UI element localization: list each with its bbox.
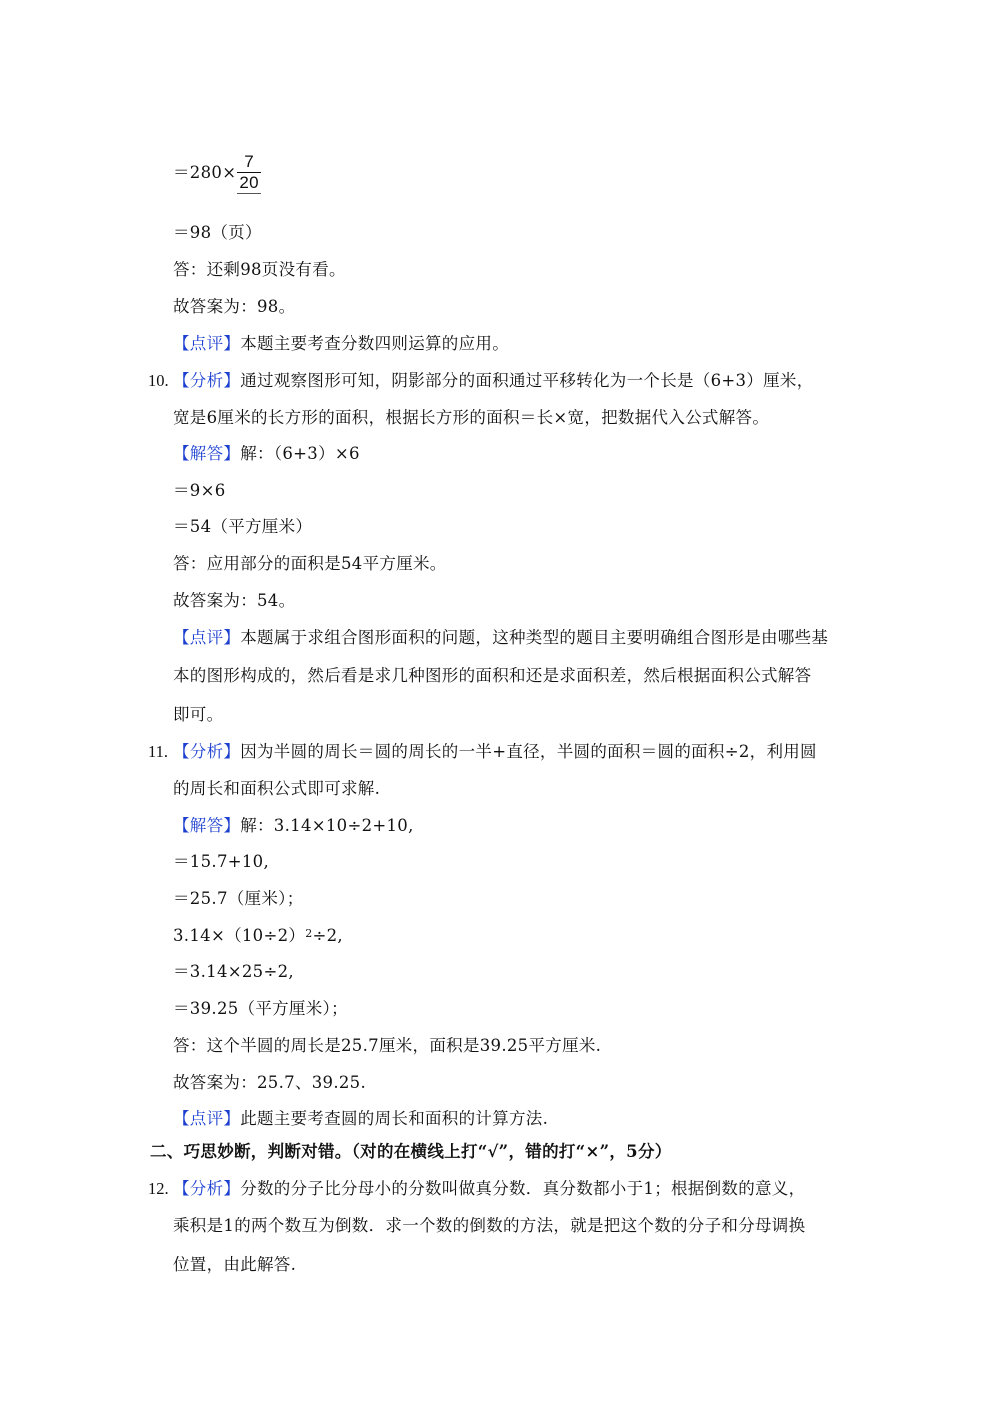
step3-rest: ÷2,: [313, 926, 343, 945]
q11-step-5: ＝39.25（平方厘米）；: [173, 998, 348, 1020]
fraction: 720: [237, 152, 261, 194]
q11-analysis-line1: 【分析】因为半圆的周长＝圆的周长的一半+直径，半圆的面积＝圆的面积÷2，利用圆: [173, 741, 817, 763]
analysis-tag: 【分析】: [173, 1179, 240, 1198]
q10-answer: 答：应用部分的面积是54平方厘米。: [173, 553, 447, 575]
q11-number: 11.: [148, 741, 168, 763]
section-heading: 二、巧思妙断，判断对错。（对的在横线上打“√”，错的打“×”，5分）: [150, 1141, 672, 1163]
exponent: 2: [305, 927, 312, 940]
step3-base: 3.14×（10÷2）: [173, 926, 305, 945]
q10-analysis-line1: 【分析】通过观察图形可知，阴影部分的面积通过平移转化为一个长是（6+3）厘米，: [173, 370, 814, 392]
q10-number: 10.: [148, 370, 169, 392]
q11-step-4: ＝3.14×25÷2,: [173, 961, 294, 983]
q9-final-answer: 故答案为：98。: [173, 296, 295, 318]
q12-analysis-line2: 乘积是1的两个数互为倒数．求一个数的倒数的方法，就是把这个数的分子和分母调换: [173, 1215, 805, 1237]
q11-final-answer: 故答案为：25.7、39.25.: [173, 1072, 366, 1094]
fraction-denominator: 20: [237, 172, 261, 194]
analysis-text: 因为半圆的周长＝圆的周长的一半+直径，半圆的面积＝圆的面积÷2，利用圆: [240, 742, 817, 761]
fraction-numerator: 7: [237, 152, 261, 172]
q10-review-line2: 本的图形构成的，然后看是求几种图形的面积和还是求面积差，然后根据面积公式解答: [173, 665, 811, 687]
q9-answer: 答：还剩98页没有看。: [173, 259, 346, 281]
q10-analysis-line2: 宽是6厘米的长方形的面积，根据长方形的面积＝长×宽，把数据代入公式解答。: [173, 407, 769, 429]
q12-number: 12.: [148, 1178, 169, 1200]
q11-answer: 答：这个半圆的周长是25.7厘米，面积是39.25平方厘米.: [173, 1035, 601, 1057]
q11-solution: 【解答】解：3.14×10÷2+10,: [173, 815, 414, 837]
q10-final-answer: 故答案为：54。: [173, 590, 295, 612]
q11-review: 【点评】此题主要考查圆的周长和面积的计算方法.: [173, 1108, 548, 1130]
q9-review: 【点评】本题主要考查分数四则运算的应用。: [173, 333, 509, 355]
q11-step-1: ＝15.7+10,: [173, 851, 269, 873]
q12-analysis-line3: 位置，由此解答.: [173, 1254, 296, 1276]
review-tag: 【点评】: [173, 1109, 240, 1128]
q9-fraction-step: ＝280×720: [173, 152, 261, 194]
q10-step-1: ＝9×6: [173, 480, 226, 502]
solution-text: 解：（6+3）×6: [240, 444, 360, 463]
q10-review-line1: 【点评】本题属于求组合图形面积的问题，这种类型的题目主要明确组合图形是由哪些基: [173, 627, 828, 649]
analysis-text: 分数的分子比分母小的分数叫做真分数．真分数都小于1；根据倒数的意义，: [240, 1179, 805, 1198]
q11-step-2: ＝25.7（厘米）；: [173, 888, 304, 910]
solution-text: 解：3.14×10÷2+10,: [240, 816, 413, 835]
q9-result-step: ＝98（页）: [173, 222, 262, 244]
analysis-tag: 【分析】: [173, 371, 240, 390]
solution-tag: 【解答】: [173, 444, 240, 463]
q10-review-line3: 即可。: [173, 704, 223, 726]
analysis-text: 通过观察图形可知，阴影部分的面积通过平移转化为一个长是（6+3）厘米，: [240, 371, 813, 390]
review-tag: 【点评】: [173, 334, 240, 353]
q11-analysis-line2: 的周长和面积公式即可求解.: [173, 778, 380, 800]
q10-solution: 【解答】解：（6+3）×6: [173, 443, 360, 465]
review-text: 此题主要考查圆的周长和面积的计算方法.: [240, 1109, 548, 1128]
solution-tag: 【解答】: [173, 816, 240, 835]
q9-step-prefix: ＝280×: [173, 163, 236, 182]
q10-step-2: ＝54（平方厘米）: [173, 516, 312, 538]
review-tag: 【点评】: [173, 628, 240, 647]
q12-analysis-line1: 【分析】分数的分子比分母小的分数叫做真分数．真分数都小于1；根据倒数的意义，: [173, 1178, 805, 1200]
review-text: 本题主要考查分数四则运算的应用。: [240, 334, 509, 353]
q11-step-3: 3.14×（10÷2）2÷2,: [173, 925, 343, 947]
review-text: 本题属于求组合图形面积的问题，这种类型的题目主要明确组合图形是由哪些基: [240, 628, 828, 647]
analysis-tag: 【分析】: [173, 742, 240, 761]
